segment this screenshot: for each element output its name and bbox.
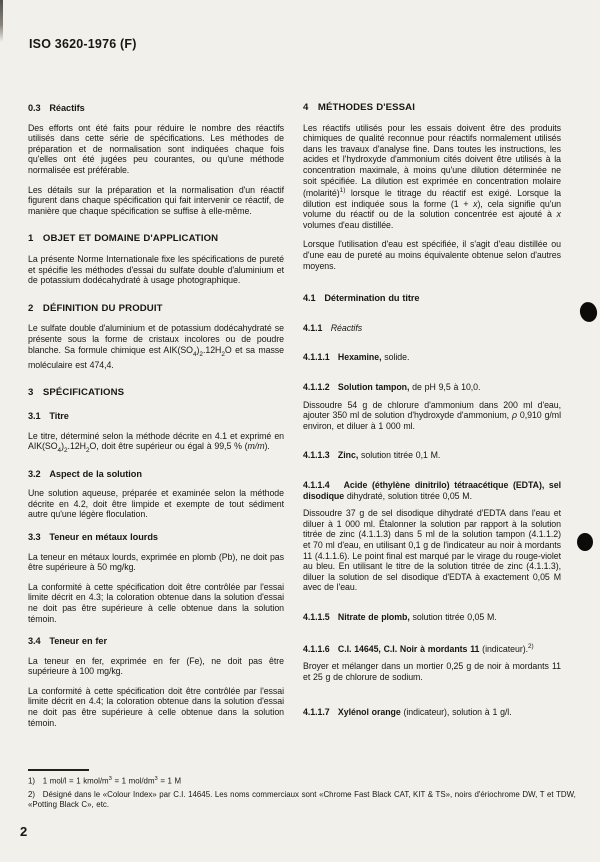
paragraph: La présente Norme Internationale fixe le… [28, 254, 284, 286]
paragraph: Une solution aqueuse, préparée et examin… [28, 488, 284, 520]
scan-dot-top-icon [578, 300, 599, 324]
scan-dot-bottom-icon [577, 533, 593, 551]
heading-4-methodes-essai: 4 MÉTHODES D'ESSAI [303, 103, 561, 114]
paragraph: Les réactifs utilisés pour les essais do… [303, 123, 561, 231]
paragraph: Le titre, déterminé selon la méthode déc… [28, 431, 284, 457]
heading-2-definition: 2 DÉFINITION DU PRODUIT [28, 304, 284, 315]
paragraph: Dissoudre 37 g de sel disodique dihydrat… [303, 508, 561, 593]
footnote-1: 1) 1 mol/l = 1 kmol/m3 = 1 mol/dm3 = 1 M [28, 775, 577, 786]
spec-4-1-1-7-xylenol-orange: 4.1.1.7 Xylénol orange (indicateur), sol… [303, 707, 561, 718]
spec-4-1-1-1-hexamine: 4.1.1.1 Hexamine, solide. [303, 352, 561, 363]
footnote-divider [28, 769, 89, 771]
heading-4-1-1-reactifs: 4.1.1 Réactifs [303, 323, 561, 334]
spec-4-1-1-3-zinc: 4.1.1.3 Zinc, solution titrée 0,1 M. [303, 450, 561, 461]
heading-3-1-titre: 3.1 Titre [28, 411, 284, 422]
document-page: ISO 3620-1976 (F) 0.3 RéactifsDes effort… [0, 0, 600, 862]
heading-3-3-metaux-lourds: 3.3 Teneur en métaux lourds [28, 532, 284, 543]
spec-4-1-1-4-edta: 4.1.1.4 Acide (éthylène dinitrilo) tétra… [303, 480, 561, 501]
heading-3-specifications: 3 SPÉCIFICATIONS [28, 388, 284, 399]
document-reference: ISO 3620-1976 (F) [29, 37, 137, 51]
paragraph: Les détails sur la préparation et la nor… [28, 185, 284, 217]
paragraph: Des efforts ont été faits pour réduire l… [28, 123, 284, 176]
paragraph: Le sulfate double d'aluminium et de pota… [28, 323, 284, 370]
paragraph: Dissoudre 54 g de chlorure d'ammonium da… [303, 400, 561, 432]
spec-4-1-1-6-noir-mordants: 4.1.1.6 C.I. 14645, C.I. Noir à mordants… [303, 642, 561, 655]
heading-3-2-aspect: 3.2 Aspect de la solution [28, 469, 284, 480]
paragraph: La teneur en fer, exprimée en fer (Fe), … [28, 656, 284, 677]
spec-4-1-1-2-solution-tampon: 4.1.1.2 Solution tampon, de pH 9,5 à 10,… [303, 382, 561, 393]
paragraph: La teneur en métaux lourds, exprimée en … [28, 552, 284, 573]
left-column: 0.3 RéactifsDes efforts ont été faits po… [28, 103, 284, 728]
heading-3-4-fer: 3.4 Teneur en fer [28, 636, 284, 647]
heading-1-objet: 1 OBJET ET DOMAINE D'APPLICATION [28, 234, 284, 245]
paragraph: Broyer et mélanger dans un mortier 0,25 … [303, 661, 561, 682]
footnote-2: 2) Désigné dans le «Colour Index» par C.… [28, 790, 577, 809]
footnotes: 1) 1 mol/l = 1 kmol/m3 = 1 mol/dm3 = 1 M… [28, 775, 577, 809]
paragraph: Lorsque l'utilisation d'eau est spécifié… [303, 239, 561, 271]
spec-4-1-1-5-nitrate-plomb: 4.1.1.5 Nitrate de plomb, solution titré… [303, 612, 561, 623]
heading-4-1-determination-titre: 4.1 Détermination du titre [303, 293, 561, 304]
right-column: 4 MÉTHODES D'ESSAILes réactifs utilisés … [303, 103, 561, 718]
paragraph: La conformité à cette spécification doit… [28, 582, 284, 624]
scan-artifact-mark [0, 0, 3, 42]
paragraph: La conformité à cette spécification doit… [28, 686, 284, 728]
heading-0-3-reactifs: 0.3 Réactifs [28, 103, 284, 114]
page-number: 2 [20, 824, 27, 839]
